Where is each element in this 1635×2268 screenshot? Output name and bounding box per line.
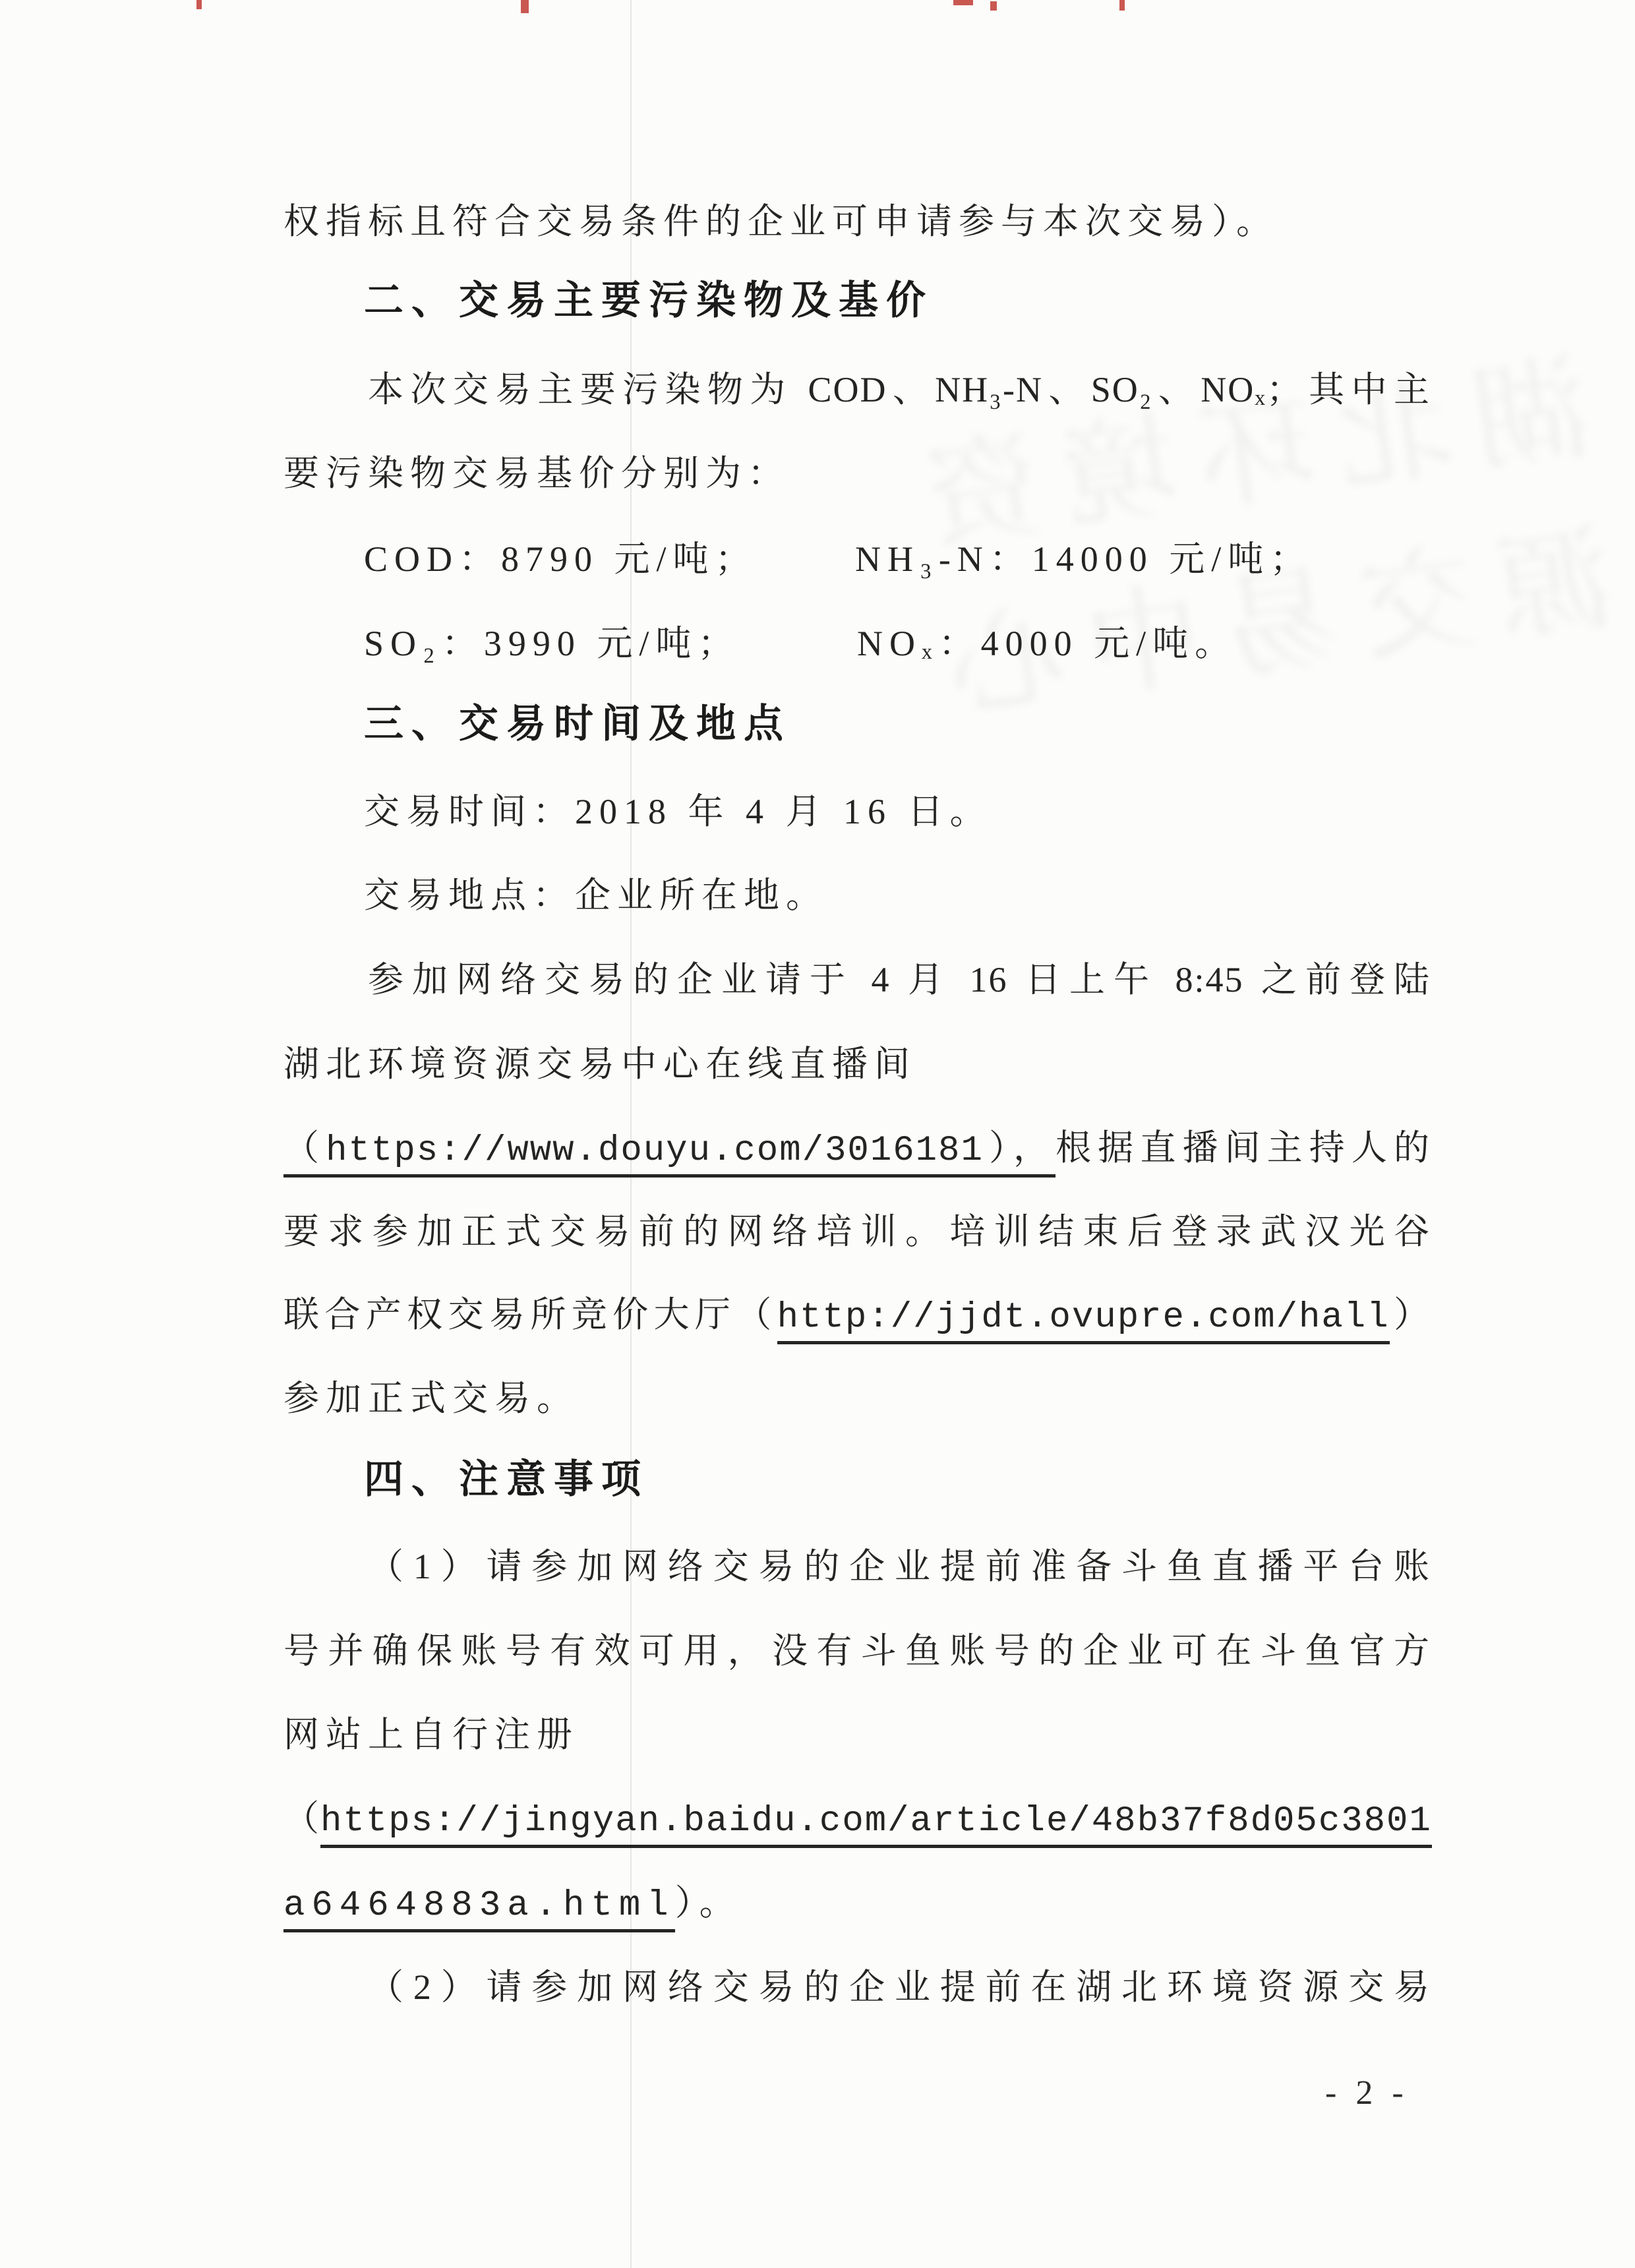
paragraph-line: 要污染物交易基价分别为：	[283, 450, 790, 497]
paragraph-line: 联合产权交易所竞价大厅（http://jjdt.ovupre.com/hall）	[283, 1291, 1431, 1342]
paragraph-line: 参加正式交易。	[283, 1375, 579, 1422]
paragraph-line: （2）请参加网络交易的企业提前在湖北环境资源交易	[283, 1963, 1431, 2011]
trade-time-line: 交易时间：2018 年 4 月 16 日。	[364, 788, 992, 835]
red-edge-mark	[990, 1, 997, 11]
price-line-nox: NOₓ：4000 元/吨。	[857, 620, 1237, 667]
paragraph-line: （https://www.douyu.com/3016181），根据直播间主持人…	[283, 1124, 1431, 1175]
baidu-jingyan-url-line1: https://jingyan.baidu.com/article/48b37f…	[320, 1801, 1432, 1848]
paragraph-line: 本次交易主要污染物为 COD、NH₃-N、SO₂、NOₓ；其中主	[283, 366, 1431, 413]
price-line-so2: SO₂：3990 元/吨；	[364, 620, 740, 667]
baidu-jingyan-url-line2: a6464883a.html	[283, 1886, 675, 1932]
red-edge-mark	[1119, 0, 1125, 11]
paragraph-line: 权指标且符合交易条件的企业可申请参与本次交易）。	[283, 198, 1278, 245]
red-edge-mark	[521, 0, 529, 13]
price-line-cod: COD：8790 元/吨；	[364, 535, 758, 583]
price-line-nh3n: NH₃-N：14000 元/吨；	[855, 535, 1312, 583]
paragraph-text: 联合产权交易所竞价大厅（	[283, 1295, 777, 1334]
paragraph-line: a6464883a.html）。	[283, 1879, 742, 1930]
paragraph-text: ）。	[675, 1883, 742, 1923]
section-heading-3: 三、交易时间及地点	[364, 700, 791, 748]
scanned-document-page: 湖北环境资源交易中心 权指标且符合交易条件的企业可申请参与本次交易）。 二、交易…	[0, 0, 1635, 2268]
section-heading-2: 二、交易主要污染物及基价	[364, 277, 934, 324]
red-edge-mark	[196, 0, 202, 9]
paragraph-line: （1）请参加网络交易的企业提前准备斗鱼直播平台账	[283, 1543, 1431, 1590]
red-edge-mark	[953, 0, 973, 5]
paragraph-line: 湖北环境资源交易中心在线直播间	[283, 1040, 916, 1088]
paragraph-line: （https://jingyan.baidu.com/article/48b37…	[283, 1795, 1431, 1845]
section-heading-4: 四、注意事项	[364, 1456, 649, 1503]
page-number: - 2 -	[1325, 2074, 1409, 2112]
paragraph-text: ）	[1390, 1295, 1431, 1334]
ovupre-hall-url: http://jjdt.ovupre.com/hall	[777, 1298, 1390, 1344]
paragraph-text: （	[283, 1799, 320, 1838]
douyu-live-url: （https://www.douyu.com/3016181），	[283, 1131, 1055, 1178]
paragraph-line: 参加网络交易的企业请于 4 月 16 日上午 8:45 之前登陆	[283, 956, 1431, 1003]
paragraph-text: 根据直播间主持人的	[1055, 1128, 1431, 1168]
paragraph-line: 网站上自行注册	[283, 1711, 579, 1758]
paragraph-line: 要求参加正式交易前的网络培训。培训结束后登录武汉光谷	[283, 1208, 1431, 1255]
trade-place-line: 交易地点：企业所在地。	[364, 872, 828, 919]
paragraph-line: 号并确保账号有效可用，没有斗鱼账号的企业可在斗鱼官方	[283, 1627, 1431, 1675]
